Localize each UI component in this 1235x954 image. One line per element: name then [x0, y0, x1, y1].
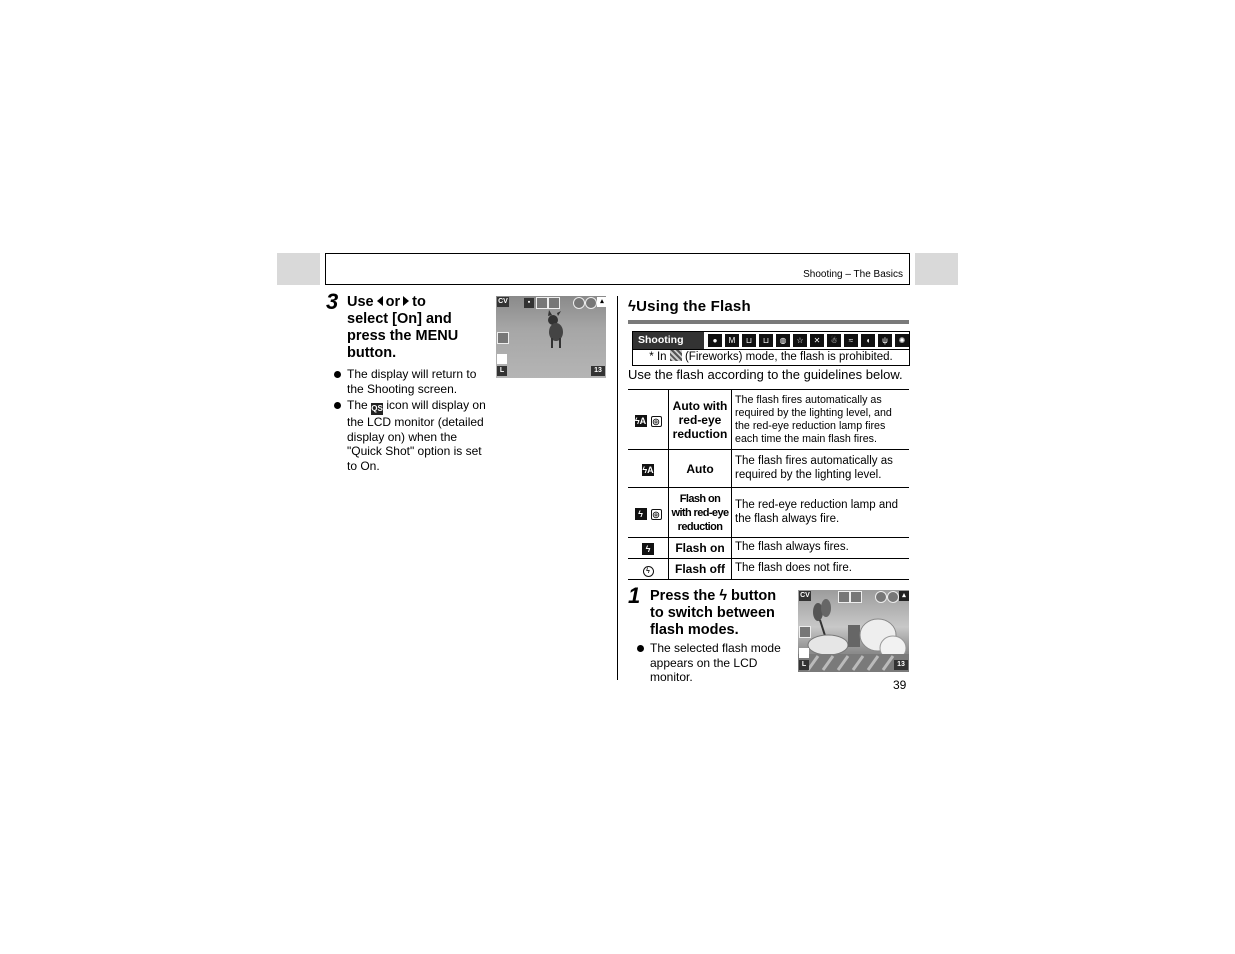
shooting-mode-label: Shooting Mode	[633, 332, 704, 349]
compression-icon	[497, 354, 507, 364]
title-rule	[628, 320, 909, 324]
note-pre: * In	[649, 351, 666, 363]
bullet-text: The selected flash mode appears on the L…	[650, 641, 781, 684]
lcd-screenshot-tea: CV ▴ L 13	[798, 590, 909, 672]
table-row: ϟ Flash on The flash always fires.	[628, 538, 909, 559]
column-divider	[617, 296, 618, 680]
camera-icon: ▪	[524, 298, 534, 308]
shooting-mode-icon: CV	[497, 297, 509, 307]
bullet-item: The QS icon will display on the LCD moni…	[334, 398, 486, 473]
mode-description: The flash does not fire.	[732, 559, 910, 580]
step1-line3: flash modes.	[650, 622, 795, 639]
step1-line2: to switch between	[650, 605, 795, 622]
section-title: Shooting – The Basics	[803, 269, 903, 280]
beach-icon: ◖	[861, 334, 875, 347]
lcd-screenshot-dog: CV ▪ ▴ L 13	[496, 296, 606, 378]
night-snapshot-icon: ☆	[793, 334, 807, 347]
af-frame-icon	[838, 591, 850, 603]
red-eye-icon: ◎	[651, 509, 662, 520]
mode-description: The flash fires automatically as require…	[732, 450, 910, 488]
color-accent-icon: ⊔	[759, 334, 773, 347]
mode-description: The red-eye reduction lamp and the flash…	[732, 488, 910, 538]
dog-photo	[544, 310, 566, 350]
flash-auto-icon: ϟA	[642, 464, 654, 476]
portrait-icon: ◍	[776, 334, 790, 347]
step3-text-or: or	[386, 294, 401, 310]
shots-remaining: 13	[894, 660, 908, 670]
step1-text-press: Press the	[650, 588, 715, 604]
step3-instruction: Useorto select [On] and press the MENU b…	[347, 294, 487, 362]
mode-icons: ● M ⊔ ⊔ ◍ ☆ ✕ ☃ ≈ ◖ ψ ✺	[704, 334, 909, 347]
step3-line4: button.	[347, 345, 487, 362]
underwater-icon: ψ	[878, 334, 892, 347]
mode-name: Auto	[669, 450, 732, 488]
af-frame-icon	[536, 297, 548, 309]
right-page-tab	[915, 253, 958, 285]
step1-bullets: The selected flash mode appears on the L…	[637, 641, 792, 687]
self-timer-icon	[799, 626, 811, 638]
bullet-item: The selected flash mode appears on the L…	[637, 641, 792, 685]
mode-name: Flash on with red-eye reduction	[669, 488, 732, 538]
flash-section-title: ϟUsing the Flash	[628, 298, 751, 315]
left-page-tab	[277, 253, 320, 285]
flash-off-icon	[573, 297, 585, 309]
fireworks-note: * In (Fireworks) mode, the flash is proh…	[633, 350, 909, 365]
mode-description: The flash always fires.	[732, 538, 910, 559]
flash-title-text: Using the Flash	[636, 298, 751, 315]
bullet-text: The display will return to the Shooting …	[347, 367, 476, 396]
digital-macro-icon: ⊔	[742, 334, 756, 347]
resolution-icon: L	[497, 366, 507, 376]
red-eye-icon: ◎	[651, 416, 662, 427]
flash-intro: Use the flash according to the guideline…	[628, 367, 903, 382]
mode-name: Flash on	[669, 538, 732, 559]
shooting-mode-box: Shooting Mode ● M ⊔ ⊔ ◍ ☆ ✕ ☃ ≈ ◖ ψ ✺ * …	[632, 331, 910, 366]
metering-icon	[850, 591, 862, 603]
quick-shot-icon: QS	[371, 403, 383, 415]
flash-auto-icon: ϟA	[635, 415, 647, 427]
table-row: ϟA Auto The flash fires automatically as…	[628, 450, 909, 488]
bullet-text-pre: The	[347, 398, 368, 412]
mode-icons-cell: ϟ◎	[628, 488, 669, 538]
compression-icon	[799, 648, 809, 658]
kids-pets-icon: ✕	[810, 334, 824, 347]
red-eye-icon	[585, 297, 597, 309]
metering-icon	[548, 297, 560, 309]
step1-text-button: button	[731, 588, 776, 604]
shots-remaining: 13	[591, 366, 605, 376]
flash-on-icon: ϟ	[642, 543, 654, 555]
step1-instruction: Press the ϟ button to switch between fla…	[650, 588, 795, 639]
lock-icon: ▴	[597, 297, 606, 307]
bullet-text-post: icon will display on the LCD monitor (de…	[347, 398, 486, 473]
table-row: ϟ◎ Flash on with red-eye reduction The r…	[628, 488, 909, 538]
step3-line3: press the MENU	[347, 328, 487, 345]
lock-icon: ▴	[899, 591, 909, 601]
fireworks-icon	[670, 350, 682, 361]
mode-description: The flash fires automatically as require…	[732, 390, 910, 450]
flash-off-icon	[875, 591, 887, 603]
step3-text-use: Use	[347, 294, 374, 310]
flash-on-icon: ϟ	[635, 508, 647, 520]
snow-icon: ≈	[844, 334, 858, 347]
page-header: Shooting – The Basics	[325, 253, 910, 285]
fireworks-icon: ✺	[895, 334, 909, 347]
left-arrow-icon	[377, 296, 383, 306]
indoor-icon: ☃	[827, 334, 841, 347]
mode-icons-cell: ϟA◎	[628, 390, 669, 450]
auto-mode-icon: ●	[708, 334, 722, 347]
resolution-icon: L	[799, 660, 809, 670]
page-number: 39	[893, 678, 906, 692]
mode-icons-cell: ϟA	[628, 450, 669, 488]
shooting-mode-icon: CV	[799, 591, 811, 601]
mode-name: Auto with red-eye reduction	[669, 390, 732, 450]
table-row: ϟ Flash off The flash does not fire.	[628, 559, 909, 580]
table-row: ϟA◎ Auto with red-eye reduction The flas…	[628, 390, 909, 450]
note-post: (Fireworks) mode, the flash is prohibite…	[685, 351, 893, 363]
mode-name: Flash off	[669, 559, 732, 580]
manual-mode-icon: M	[725, 334, 739, 347]
flash-button-icon: ϟ	[719, 588, 727, 604]
mode-icons-cell: ϟ	[628, 538, 669, 559]
step3-bullets: The display will return to the Shooting …	[334, 367, 486, 475]
step-number: 1	[628, 585, 640, 607]
self-timer-icon	[497, 332, 509, 344]
red-eye-icon	[887, 591, 899, 603]
mode-icons-cell: ϟ	[628, 559, 669, 580]
flash-mode-table: ϟA◎ Auto with red-eye reduction The flas…	[628, 389, 909, 580]
step3-line2: select [On] and	[347, 311, 487, 328]
flash-off-icon: ϟ	[643, 566, 654, 577]
step-number: 3	[326, 291, 338, 313]
flash-icon: ϟ	[628, 298, 636, 315]
step3-text-to: to	[412, 294, 426, 310]
right-arrow-icon	[403, 296, 409, 306]
bullet-item: The display will return to the Shooting …	[334, 367, 486, 396]
